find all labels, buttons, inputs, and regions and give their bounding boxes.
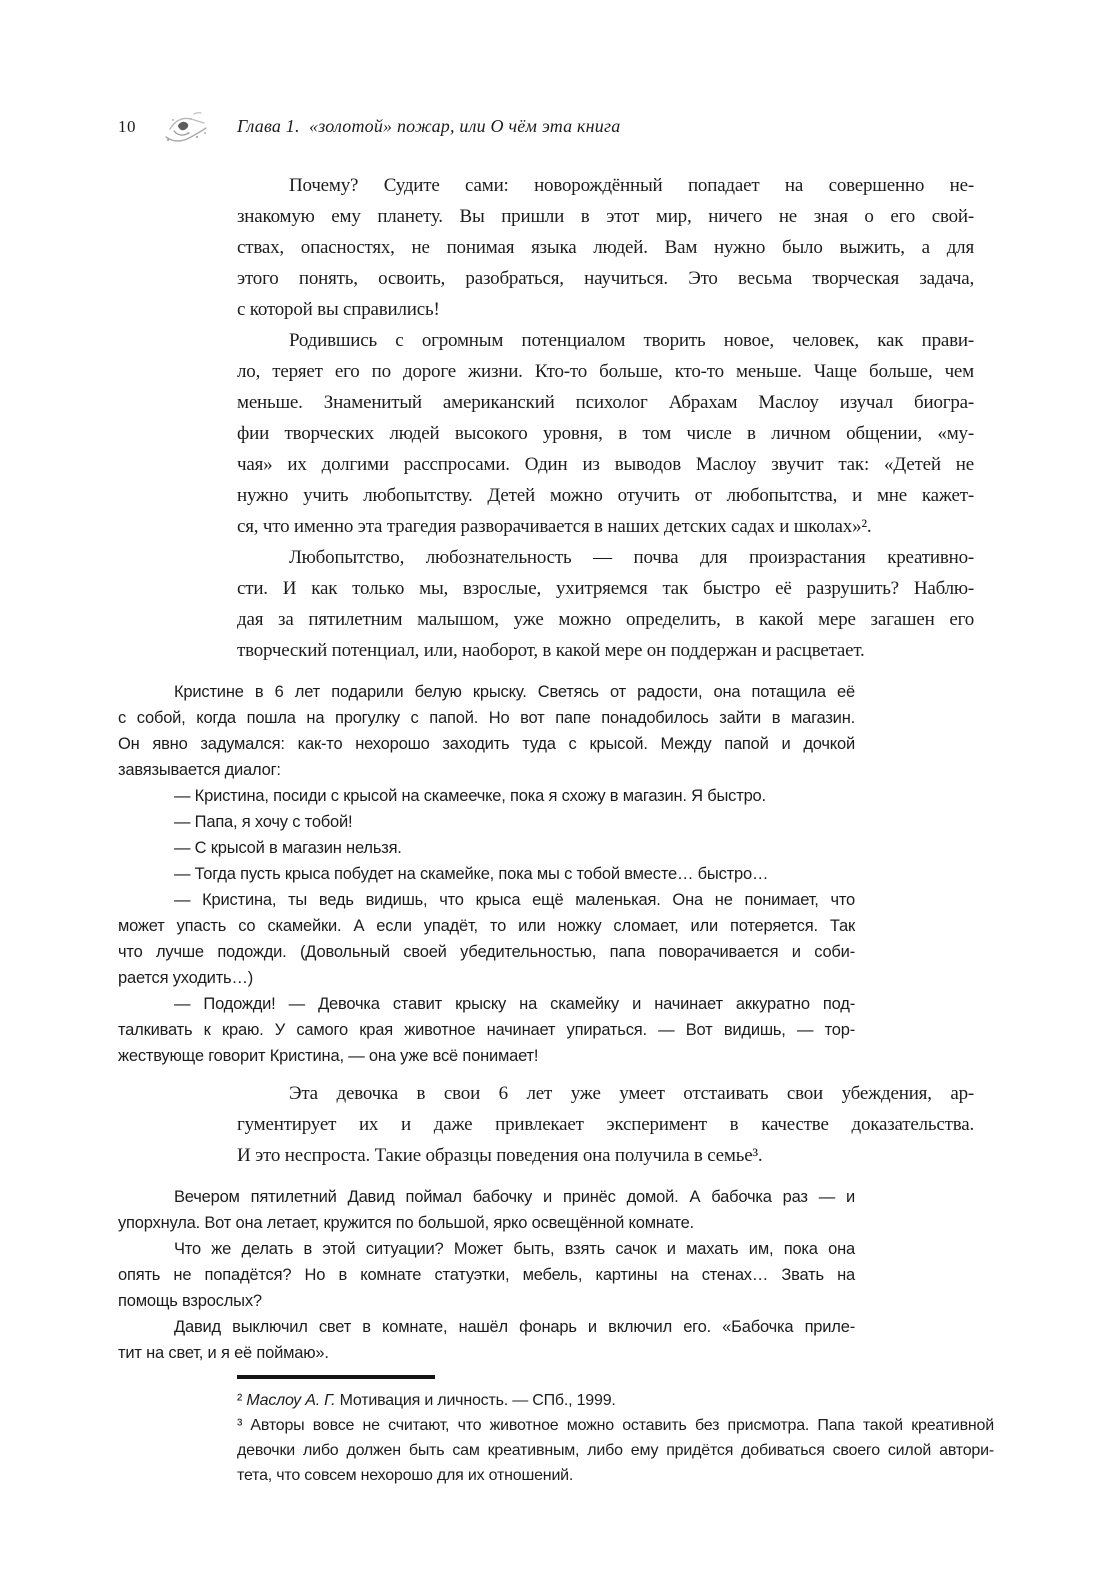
text-line: сти. И как только мы, взрослые, ухитряем…: [237, 573, 974, 604]
paragraph: ² Маслоу А. Г. Мотивация и личность. — С…: [237, 1388, 994, 1413]
text-line: творческий потенциал, или, наоборот, в к…: [237, 635, 974, 666]
text-line: ² Маслоу А. Г. Мотивация и личность. — С…: [237, 1388, 994, 1413]
text-line: Он явно задумался: как-то нехорошо заход…: [118, 731, 855, 757]
text-line: ствах, опасностях, не понимая языка люде…: [237, 232, 974, 263]
text-line: с собой, когда пошла на прогулку с папой…: [118, 705, 855, 731]
text-line: дая за пятилетним малышом, уже можно опр…: [237, 604, 974, 635]
body-text-block: Эта девочка в свои 6 лет уже умеет отста…: [237, 1078, 974, 1171]
footnote-separator-rule: [237, 1375, 435, 1379]
paragraph: Давид выключил свет в комнате, нашёл фон…: [118, 1314, 855, 1366]
paragraph: — Тогда пусть крыса побудет на скамейке,…: [118, 861, 855, 887]
text-segment: ²: [237, 1392, 246, 1409]
text-line: этого понять, освоить, разобраться, науч…: [237, 263, 974, 294]
running-head: 10 Глава 1. «зол: [0, 106, 1104, 158]
paragraph: — С крысой в магазин нельзя.: [118, 835, 855, 861]
text-line: Что же делать в этой ситуации? Может быт…: [118, 1236, 855, 1262]
paragraph: Почему? Судите сами: новорождённый попад…: [237, 170, 974, 325]
text-line: — Кристина, посиди с крысой на скамеечке…: [118, 783, 855, 809]
paragraph: Родившись с огромным потенциалом творить…: [237, 325, 974, 542]
text-line: может упасть со скамейки. А если упадёт,…: [118, 913, 855, 939]
text-line: Кристине в 6 лет подарили белую крыску. …: [118, 679, 855, 705]
text-line: Почему? Судите сами: новорождённый попад…: [237, 170, 974, 201]
page-content: Почему? Судите сами: новорождённый попад…: [118, 170, 1004, 1488]
text-line: — Подожди! — Девочка ставит крыску на ск…: [118, 991, 855, 1017]
text-line: И это неспроста. Такие образцы поведения…: [237, 1140, 974, 1171]
text-line: ся, что именно эта трагедия разворачивае…: [237, 511, 974, 542]
paragraph: ³ Авторы вовсе не считают, что животное …: [237, 1413, 994, 1488]
footnote-item: ³ Авторы вовсе не считают, что животное …: [237, 1413, 994, 1488]
paragraph: — Кристина, ты ведь видишь, что крыса ещ…: [118, 887, 855, 991]
paragraph: Вечером пятилетний Давид поймал бабочку …: [118, 1184, 855, 1236]
paragraph: Эта девочка в свои 6 лет уже умеет отста…: [237, 1078, 974, 1171]
footnote-item: ² Маслоу А. Г. Мотивация и личность. — С…: [237, 1388, 994, 1413]
text-line: тета, что совсем нехорошо для их отношен…: [237, 1463, 994, 1488]
example-story-block: Вечером пятилетний Давид поймал бабочку …: [118, 1184, 855, 1366]
italic-segment: Маслоу А. Г.: [246, 1392, 339, 1409]
text-line: — Кристина, ты ведь видишь, что крыса ещ…: [118, 887, 855, 913]
page-number: 10: [118, 117, 136, 137]
text-line: чая» их долгими расспросами. Один из выв…: [237, 449, 974, 480]
chapter-ornament-sketch-icon: [160, 106, 212, 156]
paragraph: Что же делать в этой ситуации? Может быт…: [118, 1236, 855, 1314]
text-line: — С крысой в магазин нельзя.: [118, 835, 855, 861]
text-line: помощь взрослых?: [118, 1288, 855, 1314]
text-line: гументирует их и даже привлекает экспери…: [237, 1109, 974, 1140]
text-line: нужно учить любопытству. Детей можно оту…: [237, 480, 974, 511]
paragraph: — Папа, я хочу с тобой!: [118, 809, 855, 835]
text-line: Вечером пятилетний Давид поймал бабочку …: [118, 1184, 855, 1210]
text-line: ³ Авторы вовсе не считают, что животное …: [237, 1413, 994, 1438]
text-line: опять не попадётся? Но в комнате статуэт…: [118, 1262, 855, 1288]
text-line: Эта девочка в свои 6 лет уже умеет отста…: [237, 1078, 974, 1109]
footnotes-section: ² Маслоу А. Г. Мотивация и личность. — С…: [237, 1375, 994, 1488]
paragraph: Кристине в 6 лет подарили белую крыску. …: [118, 679, 855, 783]
text-line: Родившись с огромным потенциалом творить…: [237, 325, 974, 356]
text-line: меньше. Знаменитый американский психолог…: [237, 387, 974, 418]
body-text-block: Почему? Судите сами: новорождённый попад…: [237, 170, 974, 666]
text-blocks: Почему? Судите сами: новорождённый попад…: [118, 170, 1004, 1366]
paragraph: — Подожди! — Девочка ставит крыску на ск…: [118, 991, 855, 1069]
text-line: девочки либо должен быть сам креативным,…: [237, 1438, 994, 1463]
text-line: рается уходить…): [118, 965, 855, 991]
text-line: — Тогда пусть крыса побудет на скамейке,…: [118, 861, 855, 887]
text-line: Любопытство, любознательность — почва дл…: [237, 542, 974, 573]
text-line: жествующе говорит Кристина, — она уже вс…: [118, 1043, 855, 1069]
example-story-block: Кристине в 6 лет подарили белую крыску. …: [118, 679, 855, 1069]
text-line: упорхнула. Вот она летает, кружится по б…: [118, 1210, 855, 1236]
text-line: талкивать к краю. У самого края животное…: [118, 1017, 855, 1043]
text-line: фии творческих людей высокого уровня, в …: [237, 418, 974, 449]
text-line: Давид выключил свет в комнате, нашёл фон…: [118, 1314, 855, 1340]
text-line: ло, теряет его по дороге жизни. Кто-то б…: [237, 356, 974, 387]
text-line: знакомую ему планету. Вы пришли в этот м…: [237, 201, 974, 232]
chapter-title: Глава 1. «золотой» пожар, или О чём эта …: [237, 116, 620, 137]
paragraph: Любопытство, любознательность — почва дл…: [237, 542, 974, 666]
text-line: завязывается диалог:: [118, 757, 855, 783]
text-segment: Мотивация и личность. — СПб., 1999.: [340, 1392, 616, 1409]
text-line: с которой вы справились!: [237, 294, 974, 325]
text-line: тит на свет, и я её поймаю».: [118, 1340, 855, 1366]
paragraph: — Кристина, посиди с крысой на скамеечке…: [118, 783, 855, 809]
book-page: 10 Глава 1. «зол: [0, 0, 1104, 1594]
footnote-items: ² Маслоу А. Г. Мотивация и личность. — С…: [237, 1388, 994, 1488]
text-line: что лучше подожди. (Довольный своей убед…: [118, 939, 855, 965]
text-line: — Папа, я хочу с тобой!: [118, 809, 855, 835]
